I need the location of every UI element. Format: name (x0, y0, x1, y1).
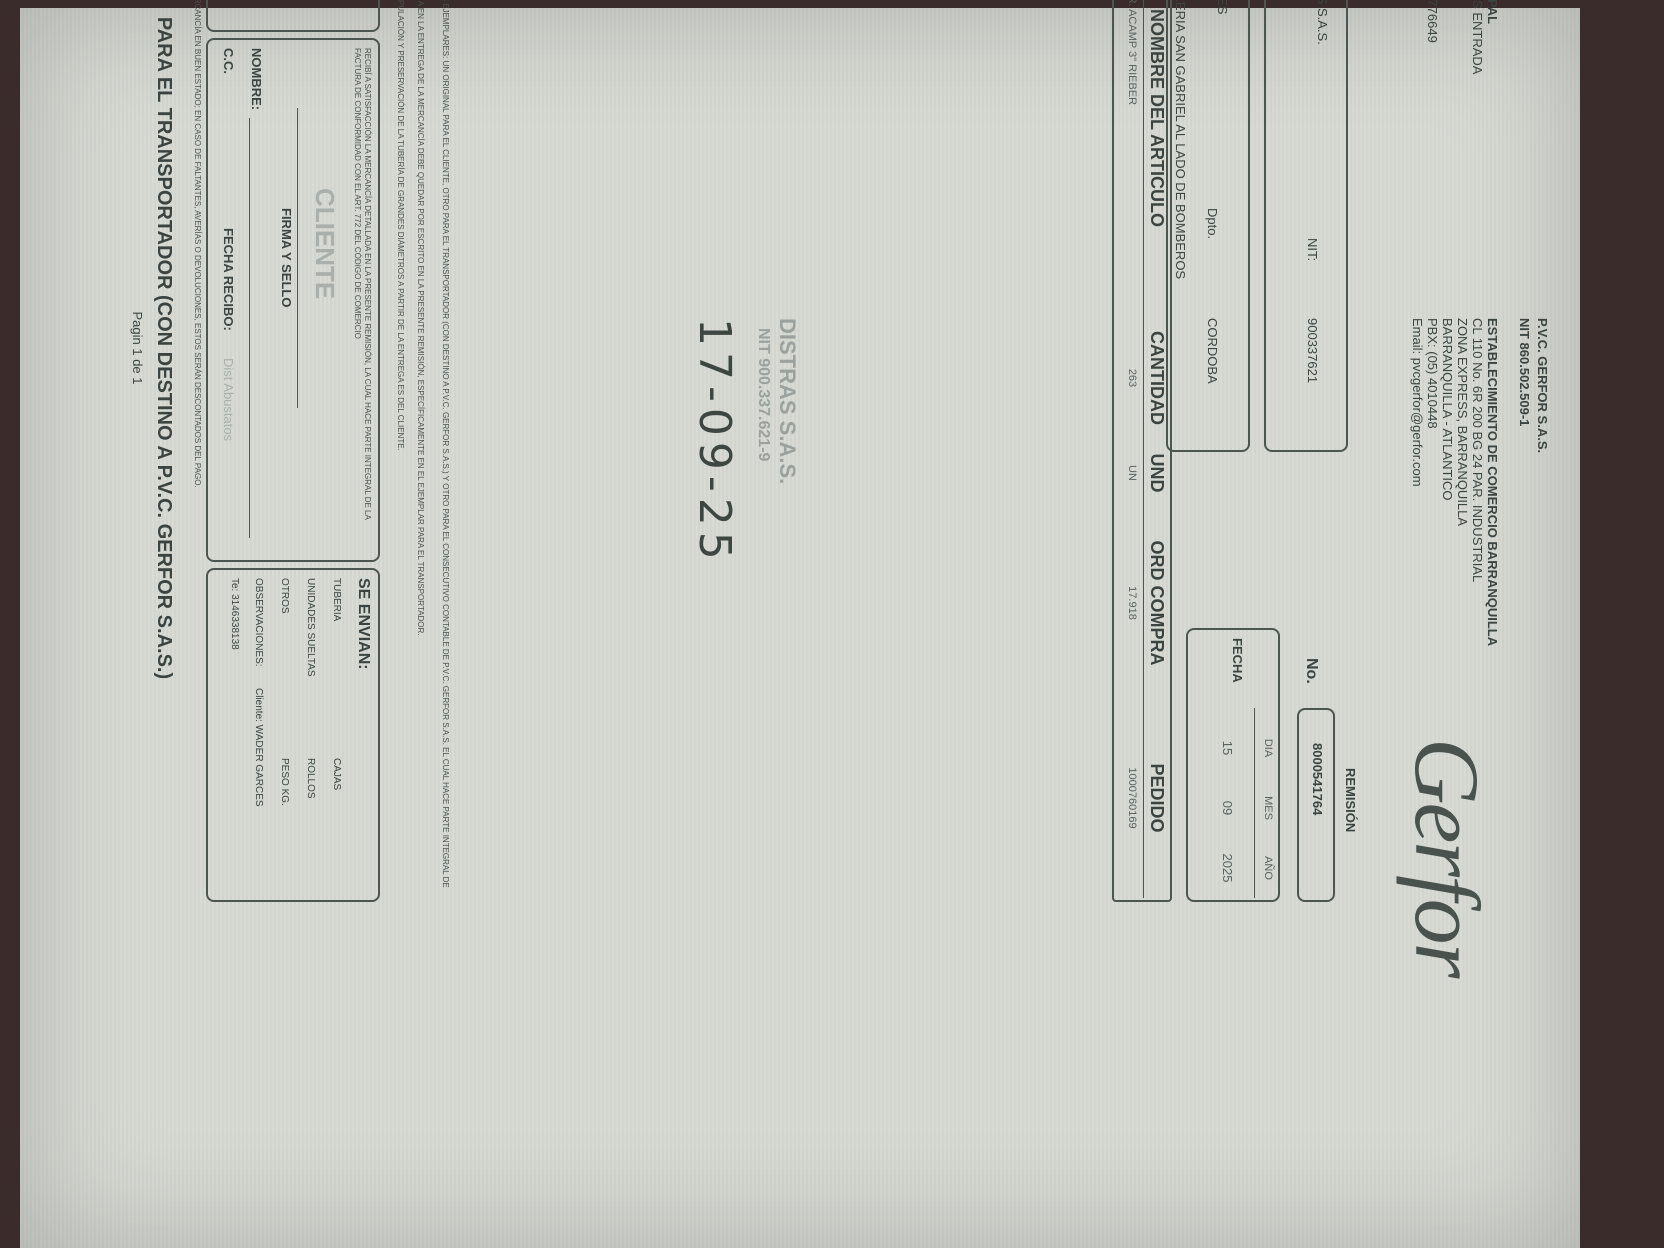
legal-text-1: * LA PRESENTE REMISIÓN SE EXPIDE EN TRES… (430, 0, 450, 898)
rollos-label: ROLLOS (305, 758, 316, 799)
plant-address: PLANTA INDUSTRIAL PRINCIPAL AUT. MEDELLI… (1410, 0, 1500, 218)
destination-title: PARA EL TRANSPORTADOR (CON DESTINO A P.V… (152, 0, 175, 938)
divider (1143, 0, 1144, 898)
observaciones-value: Cliente: WADER GARCES (253, 688, 264, 807)
company-name: P.V.C. GERFOR S.A.S. (1535, 318, 1550, 453)
remision-title: REMISIÓN (1343, 768, 1358, 832)
fecha-header-dia: DIA (1262, 718, 1274, 778)
branch-line: BARRANQUILLA - ATLANTICO (1440, 318, 1455, 718)
plant-line: COTA - CUNDINAMARCA (1440, 0, 1455, 218)
recibo-text: RECIBÍ A SATISFACCIÓN LA MERCANCÍA DETAL… (352, 48, 372, 548)
telefono-value: Te: 3146338138 (229, 578, 240, 650)
fecha-header-ano: AÑO (1262, 838, 1274, 898)
handwritten-date: 17-09-25 (689, 318, 740, 566)
transport-box (206, 0, 380, 32)
divider (1254, 708, 1255, 898)
fecha-header-mes: MES (1262, 778, 1274, 838)
dpto-label: Dpto. (1205, 208, 1220, 239)
received-stamp: DISTRAS S.A.S. (774, 318, 800, 484)
branch-address: ESTABLECIMIENTO DE COMERCIO BARRANQUILLA… (1410, 318, 1500, 718)
cliente-stamp: CLIENTE (309, 188, 340, 299)
nit-value: 900337621 (1305, 318, 1320, 383)
legal-text-2: ** ESTIMADO CLIENTE: CUALQUIER DIFERENCI… (415, 0, 425, 898)
client-box (1264, 0, 1348, 452)
signature-line (297, 108, 298, 408)
branch-line: PBX: (05) 4010448 (1425, 318, 1440, 718)
branch-line: Email: pvcgerfor@gerfor.com (1410, 318, 1425, 718)
page-current: 1 (130, 348, 145, 355)
fecha-recibo-label: FECHA RECIBO: (221, 228, 236, 331)
plant-line: PBX: 8776620-8776800 FAX: 8776649 (1425, 0, 1440, 218)
remision-no-label: No. (1302, 658, 1320, 684)
legal-text-3: LA RESPONSABILIDAD DEL DESCARGUE, MANIPU… (395, 0, 405, 898)
nombre-line (249, 118, 250, 538)
plant-line: Email: pvcgerfor@gerfor.com (1410, 0, 1425, 218)
tuberia-label: TUBERIA (331, 578, 342, 621)
bottom-note: EL TRANSPORTADOR DEBE ENTREGAR LA MERCAN… (192, 0, 202, 898)
firma-label: FIRMA Y SELLO (279, 208, 294, 307)
col-ord-compra: ORD COMPRA (1146, 508, 1167, 698)
unidades-label: UNIDADES SUELTAS (305, 578, 316, 677)
row-und: UN (1126, 438, 1138, 508)
row-nombre: UNION REPAR. ACAMP 3" RIEBER (1126, 0, 1138, 318)
company-nit: NIT 860.502.509-1 (1517, 318, 1532, 426)
fecha-label: FECHA (1230, 638, 1245, 683)
gerfor-logo: Gerfor (1394, 738, 1500, 976)
plant-line: VIA PARCELAS COTA (1455, 0, 1470, 218)
row-cantidad: 263 (1126, 318, 1138, 438)
fecha-ano: 2025 (1220, 838, 1235, 898)
col-und: UND (1146, 438, 1167, 508)
cc-label: C.C. (221, 48, 236, 74)
plant-line: AUT. MEDELLIN KM 2, 800 MTS ENTRADA (1470, 0, 1485, 218)
branch-line: ZONA EXPRESS, BARRANQUILLA (1455, 318, 1470, 718)
col-cantidad: CANTIDAD (1146, 318, 1167, 438)
se-envian-label: SE ENVIAN: (354, 578, 372, 670)
col-pedido: PEDIDO (1146, 698, 1167, 898)
branch-line: CL 110 No. 6R 200 BG 24 PAR. INDUSTRIAL (1470, 318, 1485, 718)
cliente-value: WADER GARCES (1215, 0, 1230, 14)
cajas-label: CAJAS (331, 758, 342, 790)
nombre-firma-label: NOMBRE: (249, 48, 264, 110)
direccion-value: ANTIGUA GALLERIA SAN GABRIEL AL LADO DE … (1173, 0, 1188, 279)
page-label: Pagin (130, 311, 145, 344)
plant-title: PLANTA INDUSTRIAL PRINCIPAL (1485, 0, 1500, 218)
fecha-recibo-value: Dist Abustatos (221, 358, 236, 441)
nit-label: NIT: (1305, 238, 1320, 261)
nombre-value: DISTRAS S.A.S. (1315, 0, 1330, 45)
row-ord-compra: 17.918 (1126, 508, 1138, 698)
fecha-mes: 09 (1220, 778, 1235, 838)
document-photo: P.V.C. GERFOR S.A.S. NIT 860.502.509-1 P… (20, 8, 1580, 1248)
remision-number: 8000541764 (1310, 743, 1325, 815)
otros-label: OTROS (279, 578, 290, 614)
peso-label: PESO KG. (279, 758, 290, 806)
received-stamp-nit: NIT 900.337.621-9 (754, 328, 772, 461)
col-nombre: NOMBRE DEL ARTICULO (1146, 0, 1167, 318)
page-indicator: Pagin 1 de 1 (130, 0, 145, 938)
page-of: de (130, 359, 145, 373)
remision-document: P.V.C. GERFOR S.A.S. NIT 860.502.509-1 P… (120, 0, 1620, 938)
dpto-value: CORDOBA (1205, 318, 1220, 384)
page-total: 1 (130, 377, 145, 384)
row-pedido: 1000760169 (1126, 698, 1138, 898)
fecha-dia: 15 (1220, 718, 1235, 778)
branch-title: ESTABLECIMIENTO DE COMERCIO BARRANQUILLA (1485, 318, 1500, 718)
observaciones-label: OBSERVACIONES: (253, 578, 264, 667)
